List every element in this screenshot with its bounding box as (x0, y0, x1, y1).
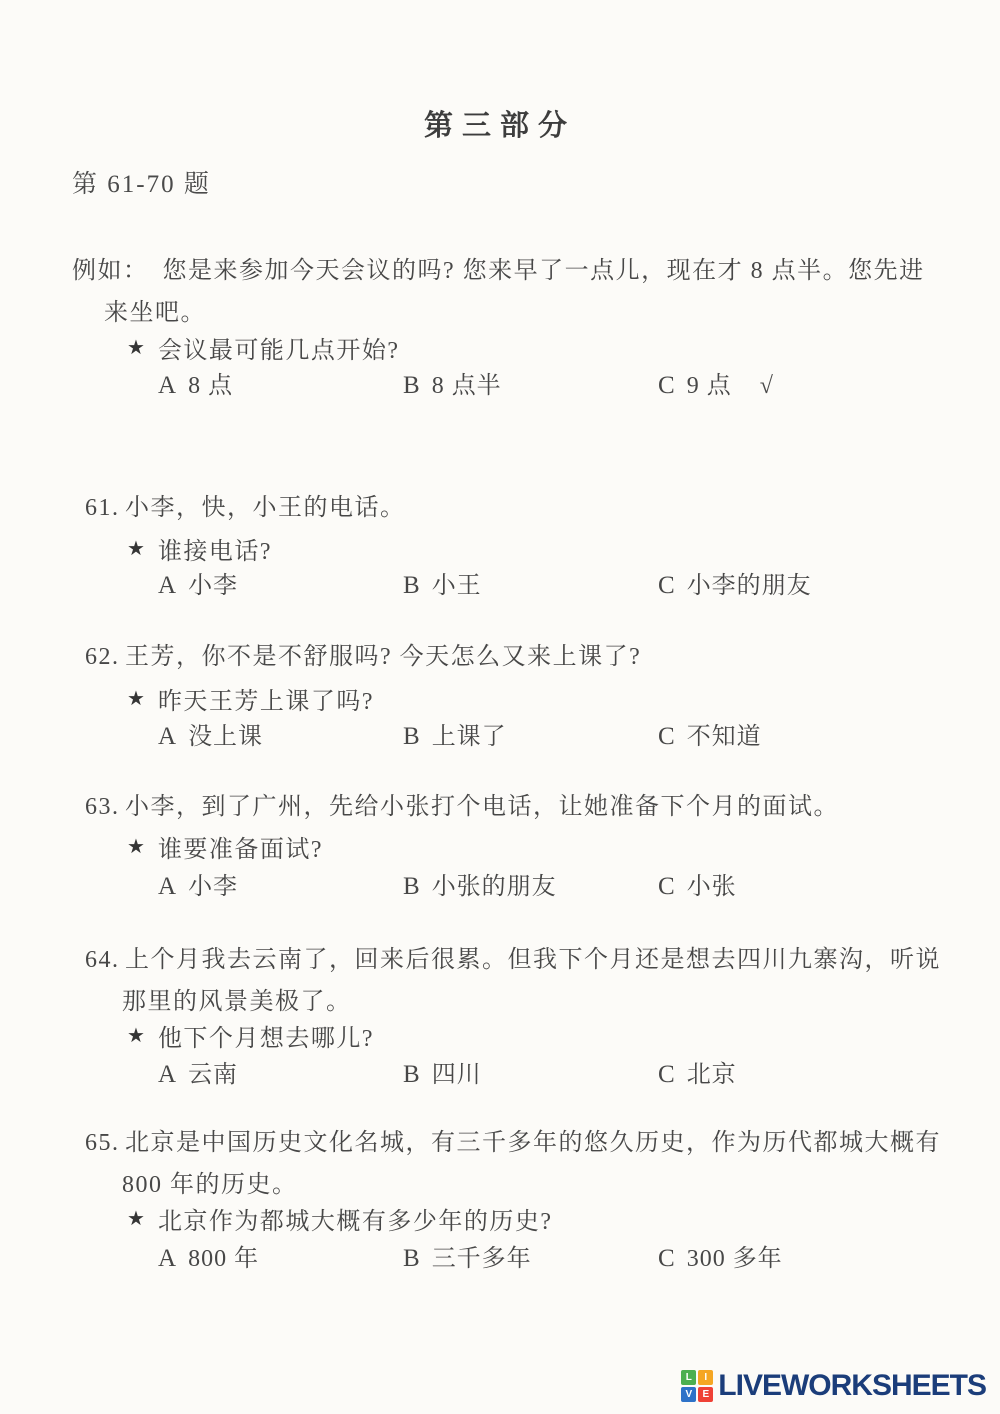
question-64-prompt-line: ★ 他下个月想去哪儿? (127, 1018, 374, 1053)
option-text: 小张的朋友 (432, 866, 557, 901)
star-icon: ★ (127, 686, 145, 711)
option-text: 小王 (432, 565, 482, 600)
example-line-2: 来坐吧。 (104, 292, 206, 327)
question-63-line-1: 63.小李，到了广州，先给小张打个电话，让她准备下个月的面试。 (85, 786, 839, 821)
question-64-option-c[interactable]: C 北京 (658, 1054, 737, 1089)
question-prompt: 昨天王芳上课了吗? (158, 681, 374, 716)
question-number: 65. (85, 1130, 125, 1157)
question-prompt: 他下个月想去哪儿? (158, 1018, 374, 1053)
star-icon: ★ (127, 335, 145, 360)
question-text: 小李，到了广州，先给小张打个电话，让她准备下个月的面试。 (125, 794, 839, 820)
question-62-option-c[interactable]: C 不知道 (658, 716, 762, 751)
example-line-1: 例如：您是来参加今天会议的吗? 您来早了一点儿，现在才 8 点半。您先进 (72, 250, 925, 285)
question-63-options-row: A 小李 B 小张的朋友 C 小张 (158, 866, 737, 901)
option-text: 800 年 (188, 1238, 259, 1273)
option-letter: B (403, 723, 420, 751)
question-65-line-2: 800 年的历史。 (122, 1164, 298, 1199)
example-option-a[interactable]: A 8 点 (158, 365, 403, 400)
option-letter: C (658, 723, 675, 751)
star-icon: ★ (127, 834, 145, 859)
checkmark-icon: √ (760, 373, 773, 400)
question-62-option-b[interactable]: B 上课了 (403, 716, 658, 751)
option-text: 小李 (188, 565, 238, 600)
brand-wordmark: LIVEWORKSHEETS (718, 1369, 986, 1403)
question-65-line-1: 65.北京是中国历史文化名城，有三千多年的悠久历史，作为历代都城大概有 (85, 1122, 941, 1157)
question-number: 62. (85, 644, 125, 671)
option-text: 没上课 (188, 716, 263, 751)
option-text: 小李 (188, 866, 238, 901)
question-61-line-1: 61.小李，快，小王的电话。 (85, 487, 406, 522)
question-65-option-c[interactable]: C 300 多年 (658, 1238, 783, 1273)
example-option-b[interactable]: B 8 点半 (403, 365, 658, 400)
example-prefix: 例如： (72, 250, 149, 285)
option-text: 三千多年 (432, 1238, 532, 1273)
question-61-option-b[interactable]: B 小王 (403, 565, 658, 600)
question-65-option-b[interactable]: B 三千多年 (403, 1238, 658, 1273)
option-letter: A (158, 372, 176, 400)
liveworksheets-logo-icon: L I V E (681, 1370, 713, 1402)
liveworksheets-branding[interactable]: L I V E LIVEWORKSHEETS (681, 1369, 986, 1403)
question-65-prompt-line: ★ 北京作为都城大概有多少年的历史? (127, 1201, 553, 1236)
question-63-option-a[interactable]: A 小李 (158, 866, 403, 901)
option-letter: A (158, 873, 176, 901)
question-prompt: 北京作为都城大概有多少年的历史? (158, 1201, 553, 1236)
question-61-options-row: A 小李 B 小王 C 小李的朋友 (158, 565, 812, 600)
question-64-option-a[interactable]: A 云南 (158, 1054, 403, 1089)
example-prompt-line: ★ 会议最可能几点开始? (127, 330, 400, 365)
logo-tile-l: L (681, 1370, 696, 1385)
option-text: 不知道 (687, 716, 762, 751)
question-63-option-c[interactable]: C 小张 (658, 866, 737, 901)
option-letter: A (158, 1245, 176, 1273)
option-text: 四川 (432, 1054, 482, 1089)
question-text: 小李，快，小王的电话。 (125, 495, 406, 521)
star-icon: ★ (127, 536, 145, 561)
question-text: 北京是中国历史文化名城，有三千多年的悠久历史，作为历代都城大概有 (125, 1130, 941, 1156)
star-icon: ★ (127, 1023, 145, 1048)
option-letter: B (403, 1245, 420, 1273)
logo-tile-i: I (698, 1370, 713, 1385)
question-64-line-1: 64.上个月我去云南了，回来后很累。但我下个月还是想去四川九寨沟，听说 (85, 939, 941, 974)
option-text: 云南 (188, 1054, 238, 1089)
option-text: 300 多年 (687, 1238, 783, 1273)
question-number: 61. (85, 495, 125, 522)
option-text: 9 点 (687, 365, 732, 400)
option-letter: B (403, 873, 420, 901)
question-62-option-a[interactable]: A 没上课 (158, 716, 403, 751)
star-icon: ★ (127, 1206, 145, 1231)
question-62-options-row: A 没上课 B 上课了 C 不知道 (158, 716, 762, 751)
example-text: 您是来参加今天会议的吗? 您来早了一点儿，现在才 8 点半。您先进 (163, 258, 925, 284)
option-letter: A (158, 572, 176, 600)
question-64-options-row: A 云南 B 四川 C 北京 (158, 1054, 737, 1089)
question-61-prompt-line: ★ 谁接电话? (127, 531, 272, 566)
option-text: 8 点半 (432, 365, 502, 400)
question-text: 王芳，你不是不舒服吗? 今天怎么又来上课了? (125, 644, 641, 670)
example-prompt: 会议最可能几点开始? (158, 330, 400, 365)
question-61-option-a[interactable]: A 小李 (158, 565, 403, 600)
option-letter: C (658, 372, 675, 400)
question-number: 63. (85, 794, 125, 821)
option-text: 小张 (687, 866, 737, 901)
question-64-line-2: 那里的风景美极了。 (122, 981, 352, 1016)
option-letter: C (658, 1061, 675, 1089)
question-prompt: 谁要准备面试? (158, 829, 323, 864)
option-text: 8 点 (188, 365, 233, 400)
question-63-option-b[interactable]: B 小张的朋友 (403, 866, 658, 901)
question-text: 上个月我去云南了，回来后很累。但我下个月还是想去四川九寨沟，听说 (125, 947, 941, 973)
option-letter: A (158, 1061, 176, 1089)
logo-tile-e: E (698, 1387, 713, 1402)
question-65-options-row: A 800 年 B 三千多年 C 300 多年 (158, 1238, 783, 1273)
option-text: 北京 (687, 1054, 737, 1089)
question-64-option-b[interactable]: B 四川 (403, 1054, 658, 1089)
example-options-row: A 8 点 B 8 点半 C 9 点 √ (158, 365, 773, 400)
option-text: 小李的朋友 (687, 565, 812, 600)
logo-tile-v: V (681, 1387, 696, 1402)
section-title: 第三部分 (0, 103, 1000, 144)
question-63-prompt-line: ★ 谁要准备面试? (127, 829, 323, 864)
option-letter: C (658, 1245, 675, 1273)
question-prompt: 谁接电话? (158, 531, 272, 566)
question-number: 64. (85, 947, 125, 974)
option-letter: C (658, 572, 675, 600)
option-letter: B (403, 572, 420, 600)
worksheet-page: 第三部分 第 61-70 题 例如：您是来参加今天会议的吗? 您来早了一点儿，现… (0, 0, 1000, 1414)
question-61-option-c[interactable]: C 小李的朋友 (658, 565, 812, 600)
question-range-label: 第 61-70 题 (72, 164, 211, 200)
option-letter: C (658, 873, 675, 901)
question-62-prompt-line: ★ 昨天王芳上课了吗? (127, 681, 374, 716)
option-letter: A (158, 723, 176, 751)
option-letter: B (403, 372, 420, 400)
question-65-option-a[interactable]: A 800 年 (158, 1238, 403, 1273)
option-text: 上课了 (432, 716, 507, 751)
example-option-c[interactable]: C 9 点 √ (658, 365, 773, 400)
option-letter: B (403, 1061, 420, 1089)
question-62-line-1: 62.王芳，你不是不舒服吗? 今天怎么又来上课了? (85, 636, 641, 671)
